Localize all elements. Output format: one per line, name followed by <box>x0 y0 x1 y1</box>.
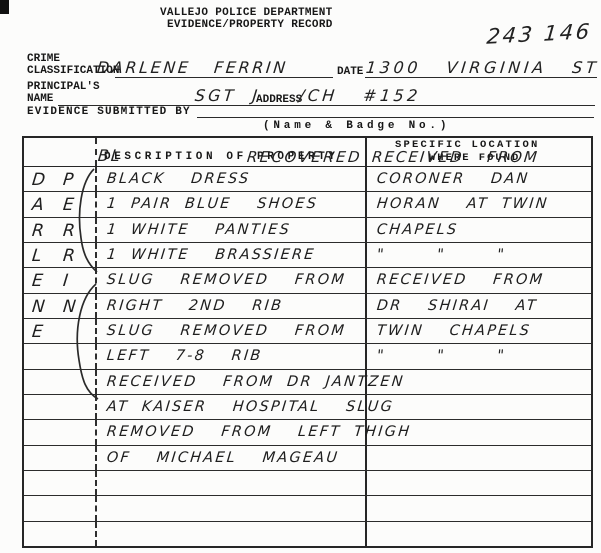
evidence-table: DESCRIPTION OF PROPERTY BL RECOVERED SPE… <box>22 136 593 548</box>
item-letter-b: E <box>56 192 95 216</box>
name-badge-hint: (Name & Badge No.) <box>263 120 450 132</box>
item-letter-a: A <box>24 192 56 216</box>
description-cell-text: RECEIVED FROM DR JANTZEN <box>106 374 406 390</box>
description-cell: 1 PAIR BLUE SHOES <box>95 192 365 216</box>
description-cell-text: 1 PAIR BLUE SHOES <box>106 196 319 212</box>
table-header-description-cell: DESCRIPTION OF PROPERTY BL RECOVERED <box>95 138 365 166</box>
item-letter-a: E <box>24 268 56 292</box>
classification-underline <box>115 77 333 78</box>
item-letter-a <box>24 395 56 419</box>
scan-artifact-corner <box>0 0 9 14</box>
date-label: DATE <box>337 66 363 78</box>
item-letter-b-text: E <box>62 195 75 215</box>
description-cell: LEFT 7-8 RIB <box>95 344 365 368</box>
item-letter-b-text: R <box>62 246 76 266</box>
description-cell: SLUG REMOVED FROM <box>95 268 365 292</box>
item-letter-a <box>24 496 56 520</box>
table-row: REMOVED FROM LEFT THIGH <box>24 420 591 445</box>
location-cell-text: CHAPELS <box>376 222 459 238</box>
description-cell <box>95 471 365 495</box>
description-cell: BLACK DRESS <box>95 167 365 191</box>
description-cell: REMOVED FROM LEFT THIGH <box>95 420 365 444</box>
evidence-submitted-label: EVIDENCE SUBMITTED BY <box>27 106 191 118</box>
description-cell-text: 1 WHITE PANTIES <box>106 222 292 238</box>
table-row: NNRIGHT 2ND RIBDR SHIRAI AT <box>24 294 591 319</box>
description-cell: AT KAISER HOSPITAL SLUG <box>95 395 365 419</box>
item-letter-a-text: R <box>31 221 45 241</box>
table-header-item-cell <box>24 138 56 166</box>
description-cell: 1 WHITE PANTIES <box>95 218 365 242</box>
table-row: LR1 WHITE BRASSIERE" " " <box>24 243 591 268</box>
item-letter-a <box>24 420 56 444</box>
table-row: AE1 PAIR BLUE SHOESHORAN AT TWIN <box>24 192 591 217</box>
location-cell: TWIN CHAPELS <box>365 319 591 343</box>
item-letter-a-text: D <box>31 170 46 190</box>
description-cell-text: SLUG REMOVED FROM <box>106 272 347 288</box>
table-row: RR1 WHITE PANTIESCHAPELS <box>24 218 591 243</box>
description-cell: SLUG REMOVED FROM <box>95 319 365 343</box>
classification-value-handwritten: DARLENE FERRIN <box>96 58 289 77</box>
item-letter-a-text: E <box>31 322 44 342</box>
item-letter-b: R <box>56 218 95 242</box>
item-letter-b: N <box>56 294 95 318</box>
location-cell: CORONER DAN <box>365 167 591 191</box>
table-row: LEFT 7-8 RIB" " " <box>24 344 591 369</box>
location-cell-text: " " " <box>376 348 507 364</box>
record-subtitle: EVIDENCE/PROPERTY RECORD <box>167 19 333 31</box>
description-cell: 1 WHITE BRASSIERE <box>95 243 365 267</box>
item-letter-b <box>56 370 95 394</box>
item-letter-a-text: E <box>31 271 44 291</box>
submitted-underline <box>197 117 594 118</box>
date-underline <box>365 77 597 78</box>
table-header-location-cell: SPECIFIC LOCATION WHERE FOUND RECEIVED F… <box>365 138 591 166</box>
location-cell: CHAPELS <box>365 218 591 242</box>
table-row: DPBLACK DRESSCORONER DAN <box>24 167 591 192</box>
item-letter-a-text: L <box>31 246 43 266</box>
item-letter-b: P <box>56 167 95 191</box>
item-letter-a <box>24 370 56 394</box>
item-letter-b: R <box>56 243 95 267</box>
item-letter-a-text: A <box>31 195 45 215</box>
name-label: NAME <box>27 93 53 105</box>
description-overlay-left-handwritten: BL <box>97 146 123 165</box>
table-row: EISLUG REMOVED FROMRECEIVED FROM <box>24 268 591 293</box>
date-value-handwritten: 1300 VIRGINIA ST <box>365 58 600 77</box>
location-cell <box>365 522 591 546</box>
table-row: OF MICHAEL MAGEAU <box>24 446 591 471</box>
item-letter-a <box>24 522 56 546</box>
description-cell: OF MICHAEL MAGEAU <box>95 446 365 470</box>
item-letter-a: L <box>24 243 56 267</box>
description-cell: RECEIVED FROM DR JANTZEN <box>95 370 365 394</box>
item-letter-a-text: N <box>31 297 46 317</box>
description-cell-text: OF MICHAEL MAGEAU <box>106 450 340 466</box>
table-row <box>24 522 591 546</box>
table-row: ESLUG REMOVED FROMTWIN CHAPELS <box>24 319 591 344</box>
description-cell-text: AT KAISER HOSPITAL SLUG <box>106 399 395 415</box>
item-letter-b <box>56 420 95 444</box>
item-letter-b-text: P <box>62 170 74 190</box>
item-letter-a: E <box>24 319 56 343</box>
item-letter-b <box>56 471 95 495</box>
location-overlay-handwritten: RECEIVED FROM <box>371 148 540 166</box>
location-cell <box>365 496 591 520</box>
description-cell <box>95 496 365 520</box>
location-cell: " " " <box>365 344 591 368</box>
location-cell: HORAN AT TWIN <box>365 192 591 216</box>
item-letter-b-text: N <box>62 297 77 317</box>
page-title: VALLEJO POLICE DEPARTMENT <box>160 7 333 19</box>
description-cell-text: SLUG REMOVED FROM <box>106 323 347 339</box>
item-letter-a: R <box>24 218 56 242</box>
item-letter-a <box>24 446 56 470</box>
table-header-row: DESCRIPTION OF PROPERTY BL RECOVERED SPE… <box>24 138 591 167</box>
location-cell-text: DR SHIRAI AT <box>376 298 539 314</box>
location-cell: RECEIVED FROM <box>365 268 591 292</box>
description-cell-text: LEFT 7-8 RIB <box>106 348 263 364</box>
item-letter-a: D <box>24 167 56 191</box>
description-overlay-right-handwritten: RECOVERED <box>246 148 363 166</box>
description-cell: RIGHT 2ND RIB <box>95 294 365 318</box>
location-cell-text: " " " <box>376 247 507 263</box>
table-row: AT KAISER HOSPITAL SLUG <box>24 395 591 420</box>
location-cell <box>365 471 591 495</box>
location-cell: DR SHIRAI AT <box>365 294 591 318</box>
location-cell-text: RECEIVED FROM <box>376 272 545 288</box>
location-cell <box>365 395 591 419</box>
item-letter-a: N <box>24 294 56 318</box>
location-cell <box>365 446 591 470</box>
table-row <box>24 471 591 496</box>
item-letter-b <box>56 522 95 546</box>
item-letter-a <box>24 471 56 495</box>
item-letter-b: I <box>56 268 95 292</box>
location-cell-text: TWIN CHAPELS <box>376 323 532 339</box>
item-letter-b <box>56 496 95 520</box>
description-cell-text: 1 WHITE BRASSIERE <box>106 247 316 263</box>
location-cell-text: CORONER DAN <box>376 171 530 187</box>
item-letter-b-text: I <box>62 271 69 291</box>
location-cell-text: HORAN AT TWIN <box>376 196 550 212</box>
item-letter-b <box>56 319 95 343</box>
table-body: DPBLACK DRESSCORONER DANAE1 PAIR BLUE SH… <box>24 167 591 546</box>
item-letter-b <box>56 395 95 419</box>
table-row <box>24 496 591 521</box>
description-cell-text: REMOVED FROM LEFT THIGH <box>106 424 412 440</box>
item-letter-b <box>56 446 95 470</box>
evidence-property-record-document: VALLEJO POLICE DEPARTMENT EVIDENCE/PROPE… <box>0 0 601 553</box>
location-cell: " " " <box>365 243 591 267</box>
item-letter-b-text: R <box>62 221 76 241</box>
address-value-handwritten: /CH #152 <box>298 86 422 105</box>
description-cell-text: BLACK DRESS <box>106 171 251 187</box>
item-letter-b <box>56 344 95 368</box>
name-value-handwritten: SGT J <box>194 86 261 105</box>
table-row: RECEIVED FROM DR JANTZEN <box>24 370 591 395</box>
table-header-item-cell-b <box>56 138 95 166</box>
case-number-handwritten: 243 146 <box>486 19 593 48</box>
crime-label: CRIME <box>27 53 60 65</box>
description-cell <box>95 522 365 546</box>
description-cell-text: RIGHT 2ND RIB <box>106 298 284 314</box>
principal-label: PRINCIPAL'S <box>27 81 100 93</box>
item-letter-a <box>24 344 56 368</box>
